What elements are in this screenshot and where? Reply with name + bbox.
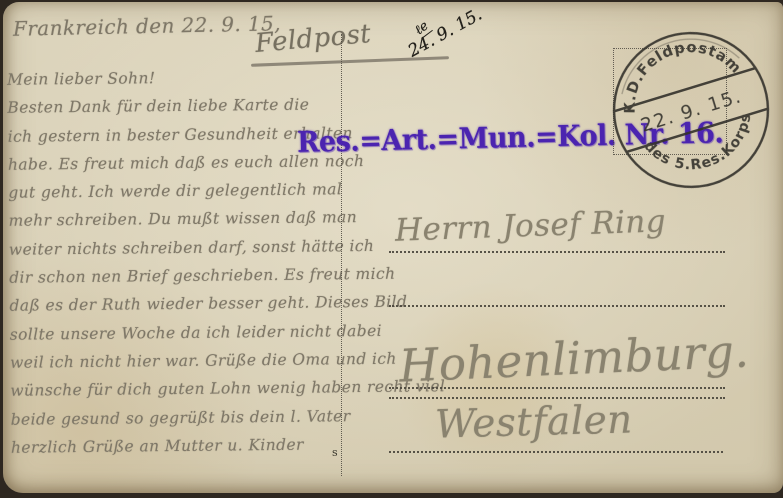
postcard-scan: Frankreich den 22. 9. 15, Feldpost ℓe 24…	[0, 0, 783, 498]
address-town: Hohenlimburg.	[398, 324, 750, 392]
address-rule-2	[389, 305, 725, 307]
arrival-date-note: ℓe 24. 9. 15.	[399, 0, 484, 59]
message-line: habe. Es freut mich daß es euch allen no…	[8, 147, 342, 179]
postmark-date: 22. 9. 15.	[638, 86, 744, 137]
address-rule-4	[389, 451, 723, 453]
message-line: Besten Dank für dein liebe Karte die	[7, 91, 341, 123]
message-line: Mein lieber Sohn!	[7, 62, 341, 94]
message-line: daß es der Ruth wieder besser geht. Dies…	[9, 289, 343, 321]
address-recipient: Herrn Josef Ring	[394, 203, 666, 248]
message-line: sollte unsere Woche da ich leider nicht …	[10, 317, 344, 349]
divider-line	[341, 34, 342, 476]
dateline: Frankreich den 22. 9. 15,	[13, 11, 281, 41]
message-line: wünsche für dich guten Lohn wenig haben …	[10, 374, 344, 406]
postmark: K.D.Feldpostamt 22. 9. 15. des 5.Res.Kor…	[590, 9, 783, 211]
message-line: ich gestern in bester Gesundheit erhalte…	[8, 119, 342, 151]
unit-stamp: Res.=Art.=Mun.=Kol. Nr. 16.	[297, 120, 598, 160]
message-line: weil ich nicht hier war. Grüße die Oma u…	[10, 345, 344, 377]
message-line: herzlich Grüße an Mutter u. Kinder	[11, 430, 345, 462]
message-line: gut geht. Ich werde dir gelegentlich mal	[8, 175, 342, 207]
message-line: mehr schreiben. Du mußt wissen daß man	[8, 204, 342, 236]
message-text: Mein lieber Sohn!Besten Dank für dein li…	[7, 62, 345, 462]
message-line: weiter nichts schreiben darf, sonst hätt…	[9, 232, 343, 264]
printer-mark: s	[332, 446, 338, 459]
postcard: Frankreich den 22. 9. 15, Feldpost ℓe 24…	[3, 2, 783, 493]
message-line: beide gesund so gegrüßt bis dein l. Vate…	[10, 402, 344, 434]
address-region: Westfalen	[434, 397, 633, 447]
address-rule-1	[389, 251, 725, 253]
message-line: dir schon nen Brief geschrieben. Es freu…	[9, 260, 343, 292]
